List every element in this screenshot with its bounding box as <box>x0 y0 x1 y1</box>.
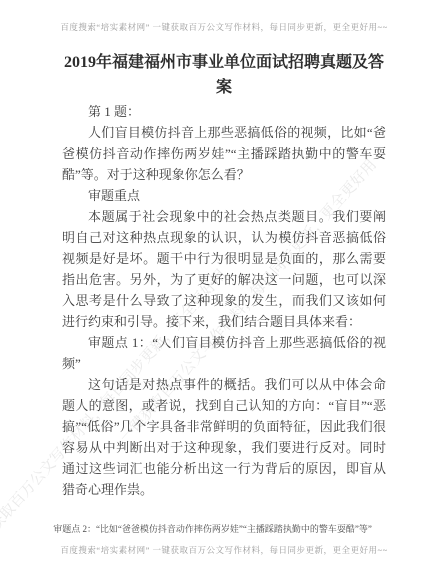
analysis-paragraph-2: 这句话是对热点事件的概括。我们可以从中体会命题人的意图，或者说，找到自己认知的方… <box>62 374 386 500</box>
question-text: 人们盲目模仿抖音上那些恶搞低俗的视频，比如“爸爸模仿抖音动作摔伤两岁娃”“主播踩… <box>62 122 386 185</box>
footer-promo-note: 百度搜索“培实素材网” 一键获取百万公文写作材料，每日同步更新，更全更好用~~ <box>0 544 448 556</box>
document-page: 一键获取百万公文写作材料，每日同步更新，更全更好用 一键获取百万公文写作材料，每… <box>0 0 448 580</box>
document-body: 第 1 题： 人们盲目模仿抖音上那些恶搞低俗的视频，比如“爸爸模仿抖音动作摔伤两… <box>62 101 386 543</box>
header-promo-note: 百度搜索“培实素材网” 一键获取百万公文写作材料，每日同步更新，更全更好用~~ <box>0 21 448 33</box>
analysis-paragraph-1: 本题属于社会现象中的社会热点类题目。我们要阐明自己对这种热点现象的认识，认为模仿… <box>62 206 386 332</box>
question-label: 第 1 题： <box>62 101 386 122</box>
section-heading-review: 审题重点 <box>62 185 386 206</box>
review-point-2: 审题点 2：“比如“爸爸模仿抖音动作摔伤两岁娃”“主播踩踏执勤中的警车耍酷”等” <box>28 516 392 543</box>
review-point-1: 审题点 1：“人们盲目模仿抖音上那些恶搞低俗的视频” <box>62 332 386 374</box>
document-title: 2019年福建福州市事业单位面试招聘真题及答案 <box>62 50 386 100</box>
